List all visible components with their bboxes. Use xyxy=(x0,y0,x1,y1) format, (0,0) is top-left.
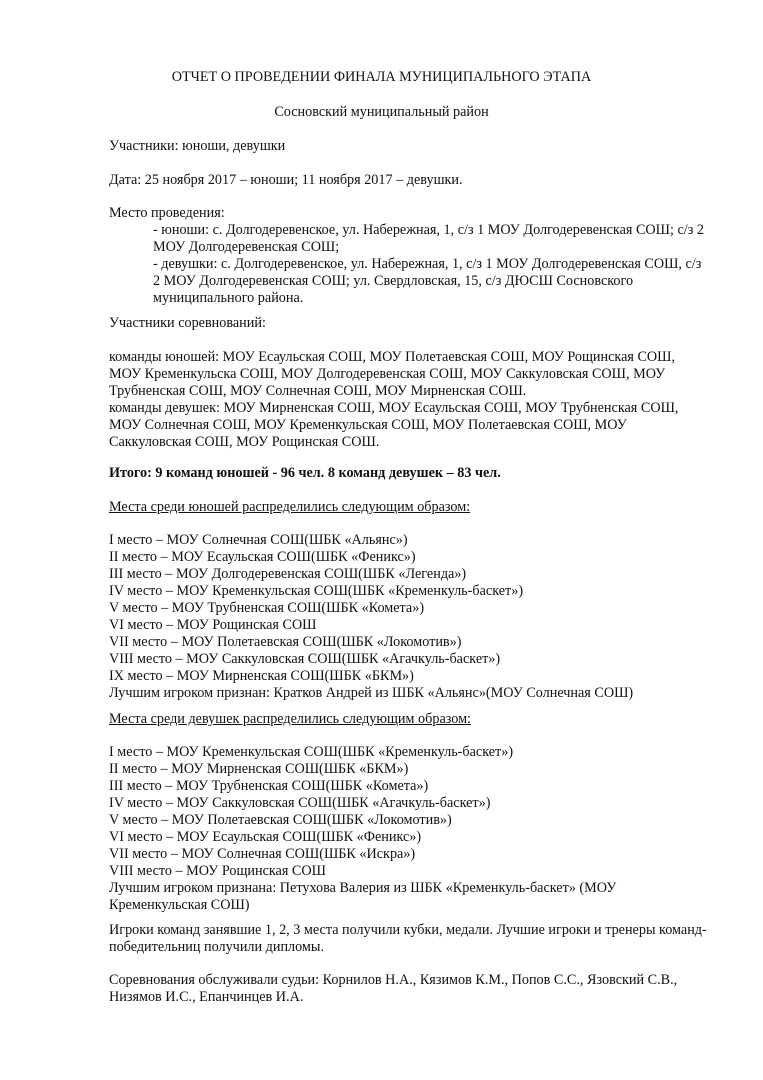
girls-place: III место – МОУ Трубненская СОШ(ШБК «Ком… xyxy=(109,778,709,795)
teams-line: МОУ Солнечная СОШ, МОУ Кременкульская СО… xyxy=(109,417,709,434)
girls-place: I место – МОУ Кременкульская СОШ(ШБК «Кр… xyxy=(109,744,709,761)
total-line: Итого: 9 команд юношей - 96 чел. 8 коман… xyxy=(109,465,709,482)
boys-place: IV место – МОУ Кременкульская СОШ(ШБК «К… xyxy=(109,583,709,600)
boys-results-list: I место – МОУ Солнечная СОШ(ШБК «Альянс»… xyxy=(109,532,709,702)
document-page: ОТЧЕТ О ПРОВЕДЕНИИ ФИНАЛА МУНИЦИПАЛЬНОГО… xyxy=(0,0,763,1080)
document-subtitle: Сосновский муниципальный район xyxy=(0,104,763,121)
girls-place: II место – МОУ Мирненская СОШ(ШБК «БКМ») xyxy=(109,761,709,778)
girls-place: VIII место – МОУ Рощинская СОШ xyxy=(109,863,709,880)
document-title: ОТЧЕТ О ПРОВЕДЕНИИ ФИНАЛА МУНИЦИПАЛЬНОГО… xyxy=(0,69,763,86)
girls-results-list: I место – МОУ Кременкульская СОШ(ШБК «Кр… xyxy=(109,744,709,914)
boys-place: V место – МОУ Трубненская СОШ(ШБК «Комет… xyxy=(109,600,709,617)
judges-line: Соревнования обслуживали судьи: Корнилов… xyxy=(109,972,709,989)
venue-boys: - юноши: с. Долгодеревенское, ул. Набере… xyxy=(153,222,713,307)
awards-paragraph: Игроки команд занявшие 1, 2, 3 места пол… xyxy=(109,922,709,956)
participants-line: Участники: юноши, девушки xyxy=(109,138,709,155)
venue-boys-line: - юноши: с. Долгодеревенское, ул. Набере… xyxy=(153,222,713,239)
venue-girls-line: 2 МОУ Долгодеревенская СОШ; ул. Свердлов… xyxy=(153,273,713,290)
teams-line: команды девушек: МОУ Мирненская СОШ, МОУ… xyxy=(109,400,709,417)
venue-girls-line: - девушки: с. Долгодеревенское, ул. Набе… xyxy=(153,256,713,273)
boys-place: III место – МОУ Долгодеревенская СОШ(ШБК… xyxy=(109,566,709,583)
teams-line: команды юношей: МОУ Есаульская СОШ, МОУ … xyxy=(109,349,709,366)
venue-boys-line: МОУ Долгодеревенская СОШ; xyxy=(153,239,713,256)
date-line: Дата: 25 ноября 2017 – юноши; 11 ноября … xyxy=(109,172,709,189)
girls-best-player: Лучшим игроком признана: Петухова Валери… xyxy=(109,880,709,897)
boys-place: IX место – МОУ Мирненская СОШ(ШБК «БКМ») xyxy=(109,668,709,685)
girls-best-player: Кременкульская СОШ) xyxy=(109,897,709,914)
girls-place: IV место – МОУ Саккуловская СОШ(ШБК «Ага… xyxy=(109,795,709,812)
teams-line: МОУ Кременкульска СОШ, МОУ Долгодеревенс… xyxy=(109,366,709,383)
boys-place: VI место – МОУ Рощинская СОШ xyxy=(109,617,709,634)
boys-results-heading: Места среди юношей распределились следую… xyxy=(109,499,709,516)
judges-paragraph: Соревнования обслуживали судьи: Корнилов… xyxy=(109,972,709,1006)
teams-list: команды юношей: МОУ Есаульская СОШ, МОУ … xyxy=(109,349,709,451)
boys-place: I место – МОУ Солнечная СОШ(ШБК «Альянс»… xyxy=(109,532,709,549)
awards-line: Игроки команд занявшие 1, 2, 3 места пол… xyxy=(109,922,709,939)
girls-place: V место – МОУ Полетаевская СОШ(ШБК «Локо… xyxy=(109,812,709,829)
teams-line: Трубненская СОШ, МОУ Солнечная СОШ, МОУ … xyxy=(109,383,709,400)
boys-best-player: Лучшим игроком признан: Кратков Андрей и… xyxy=(109,685,709,702)
girls-place: VI место – МОУ Есаульская СОШ(ШБК «Феник… xyxy=(109,829,709,846)
boys-place: VIII место – МОУ Саккуловская СОШ(ШБК «А… xyxy=(109,651,709,668)
competitors-heading: Участники соревнований: xyxy=(109,315,709,332)
venue-label: Место проведения: xyxy=(109,205,709,222)
judges-line: Низямов И.С., Епанчинцев И.А. xyxy=(109,989,709,1006)
teams-line: Саккуловская СОШ, МОУ Рощинская СОШ. xyxy=(109,434,709,451)
boys-place: II место – МОУ Есаульская СОШ(ШБК «Феник… xyxy=(109,549,709,566)
boys-place: VII место – МОУ Полетаевская СОШ(ШБК «Ло… xyxy=(109,634,709,651)
girls-place: VII место – МОУ Солнечная СОШ(ШБК «Искра… xyxy=(109,846,709,863)
girls-results-heading: Места среди девушек распределились следу… xyxy=(109,711,709,728)
awards-line: победительниц получили дипломы. xyxy=(109,939,709,956)
venue-girls-line: муниципального района. xyxy=(153,290,713,307)
